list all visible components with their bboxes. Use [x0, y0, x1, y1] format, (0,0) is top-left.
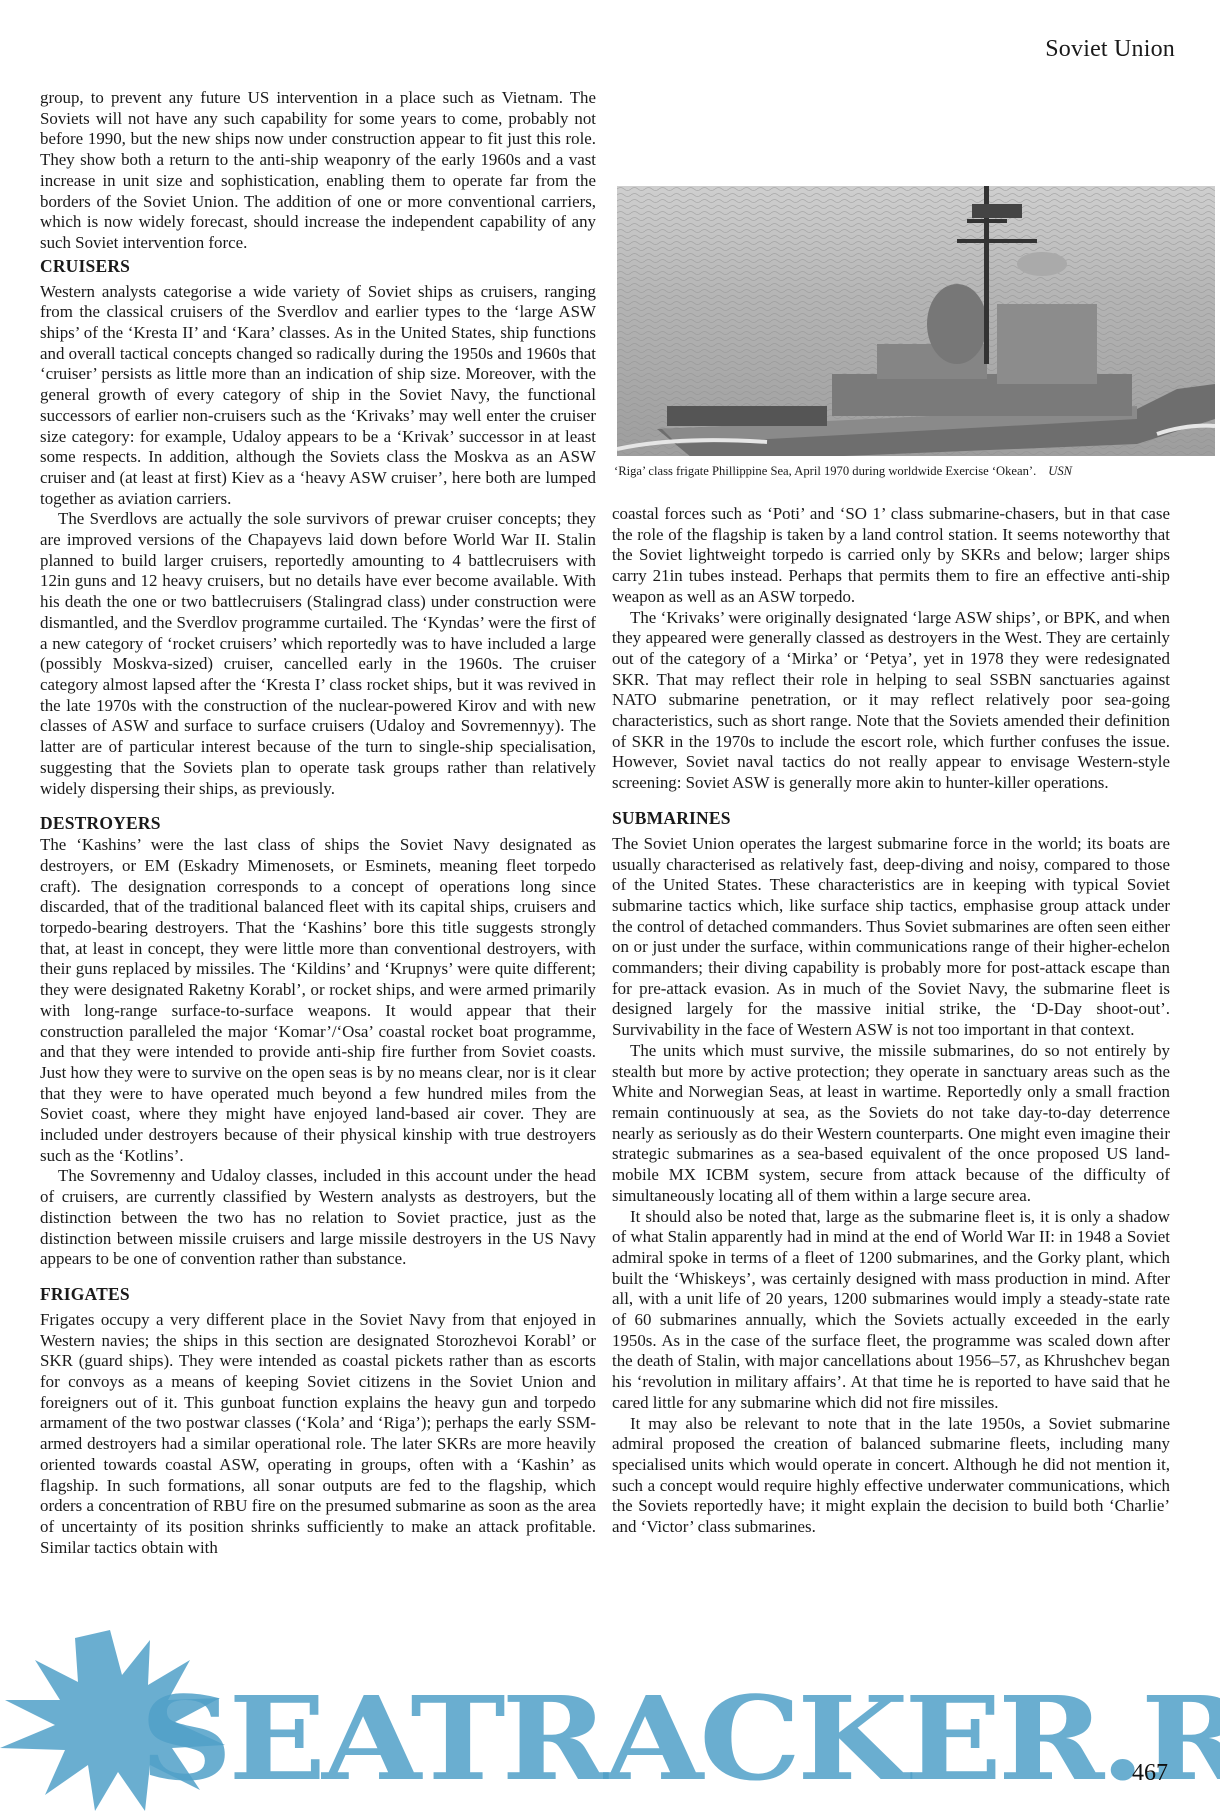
- intro-paragraph: group, to prevent any future US interven…: [40, 88, 596, 254]
- destroyers-paragraph-1: The ‘Kashins’ were the last class of shi…: [40, 835, 596, 1166]
- frigates-paragraph-1: Frigates occupy a very different place i…: [40, 1310, 596, 1558]
- section-heading-destroyers: DESTROYERS: [40, 811, 596, 835]
- frigates-continued-paragraph-1: coastal forces such as ‘Poti’ and ‘SO 1’…: [612, 504, 1170, 608]
- starburst-icon: [0, 1630, 240, 1811]
- section-heading-submarines: SUBMARINES: [612, 806, 1170, 830]
- running-head: Soviet Union: [1045, 36, 1175, 63]
- cruisers-paragraph-2: The Sverdlovs are actually the sole surv…: [40, 509, 596, 799]
- cruisers-paragraph-1: Western analysts categorise a wide varie…: [40, 282, 596, 510]
- frigate-illustration: [617, 186, 1215, 456]
- section-heading-frigates: FRIGATES: [40, 1282, 596, 1306]
- watermark: SEATRACKER.RU: [0, 1630, 1220, 1811]
- submarines-paragraph-3: It should also be noted that, large as t…: [612, 1207, 1170, 1414]
- submarines-paragraph-1: The Soviet Union operates the largest su…: [612, 834, 1170, 1041]
- page-number: 467: [1132, 1760, 1168, 1787]
- submarines-paragraph-2: The units which must survive, the missil…: [612, 1041, 1170, 1207]
- photo-credit: USN: [1048, 464, 1072, 478]
- frigates-continued-paragraph-2: The ‘Krivaks’ were originally designated…: [612, 608, 1170, 794]
- watermark-text: SEATRACKER.RU: [140, 1682, 1220, 1797]
- photo-caption: ‘Riga’ class frigate Phillippine Sea, Ap…: [614, 463, 1174, 479]
- section-heading-cruisers: CRUISERS: [40, 254, 596, 278]
- ship-photo: [617, 186, 1215, 456]
- left-column: group, to prevent any future US interven…: [40, 88, 596, 1558]
- submarines-paragraph-4: It may also be relevant to note that in …: [612, 1414, 1170, 1538]
- caption-text: ‘Riga’ class frigate Phillippine Sea, Ap…: [614, 464, 1036, 478]
- right-column: coastal forces such as ‘Poti’ and ‘SO 1’…: [612, 504, 1170, 1538]
- destroyers-paragraph-2: The Sovremenny and Udaloy classes, inclu…: [40, 1166, 596, 1270]
